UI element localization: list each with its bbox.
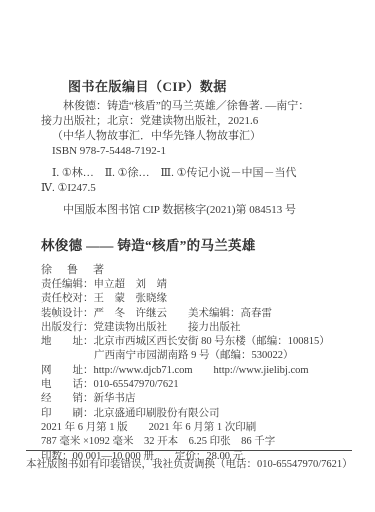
- cip-line-title: 林俊德：铸造“核盾”的马兰英雄／徐鲁著. —南宁：: [41, 99, 347, 114]
- colophon-line-address-2: 广西南宁市园湖南路 9 号（邮编：530022）: [41, 349, 363, 363]
- colophon-line-address-1: 地 址：北京市西城区西长安街 80 号东楼（邮编：100815）: [41, 335, 363, 349]
- colophon-line-printer: 印 刷：北京盛通印刷股份有限公司: [41, 407, 363, 421]
- colophon-line-proofreader: 责任校对：王 蒙 张晓缘: [41, 292, 363, 306]
- book-author: 徐 鲁 著: [41, 261, 355, 277]
- cip-line-series: （中华人物故事汇．中华先锋人物故事汇）: [41, 129, 347, 144]
- cip-line-classification: Ⅰ. ①林… Ⅱ. ①徐… Ⅲ. ①传记小说－中国－当代: [41, 166, 347, 181]
- cip-line-record-number: 中国版本图书馆 CIP 数据核字(2021)第 084513 号: [41, 203, 347, 218]
- footer-replacement-note: 本社版图书如有印装错误，我社负责调换（电话：010-65547970/7621）: [26, 456, 365, 471]
- colophon-line-format: 787 毫米 ×1092 毫米 32 开本 6.25 印张 86 千字: [41, 435, 363, 449]
- cip-data-block: 林俊德：铸造“核盾”的马兰英雄／徐鲁著. —南宁： 接力出版社；北京：党建读物出…: [41, 99, 347, 218]
- book-title: 林俊德 —— 铸造“核盾”的马兰英雄: [41, 234, 355, 254]
- colophon-line-edition: 2021 年 6 月第 1 版 2021 年 6 月第 1 次印刷: [41, 421, 363, 435]
- cip-line-isbn: ISBN 978-7-5448-7192-1: [41, 144, 347, 159]
- colophon-line-distributor: 经 销：新华书店: [41, 392, 363, 406]
- colophon-block: 责任编辑：申立超 刘 靖 责任校对：王 蒙 张晓缘 装帧设计：严 冬 许继云 美…: [41, 278, 363, 464]
- title-block: 林俊德 —— 铸造“核盾”的马兰英雄 徐 鲁 著: [41, 234, 355, 277]
- colophon-line-publisher: 出版发行：党建读物出版社 接力出版社: [41, 321, 363, 335]
- colophon-line-design: 装帧设计：严 冬 许继云 美术编辑：高春雷: [41, 307, 363, 321]
- cip-line-publishers: 接力出版社；北京：党建读物出版社，2021.6: [41, 114, 347, 129]
- cip-heading: 图书在版编目（CIP）数据: [68, 76, 227, 95]
- colophon-line-websites: 网 址：http://www.djcb71.com http://www.jie…: [41, 364, 363, 378]
- footer-divider: [26, 450, 352, 451]
- book-copyright-page: 图书在版编目（CIP）数据 林俊德：铸造“核盾”的马兰英雄／徐鲁著. —南宁： …: [0, 0, 375, 512]
- cip-line-class-number: Ⅳ. ①I247.5: [41, 181, 347, 196]
- colophon-line-phone: 电 话：010-65547970/7621: [41, 378, 363, 392]
- colophon-line-editor: 责任编辑：申立超 刘 靖: [41, 278, 363, 292]
